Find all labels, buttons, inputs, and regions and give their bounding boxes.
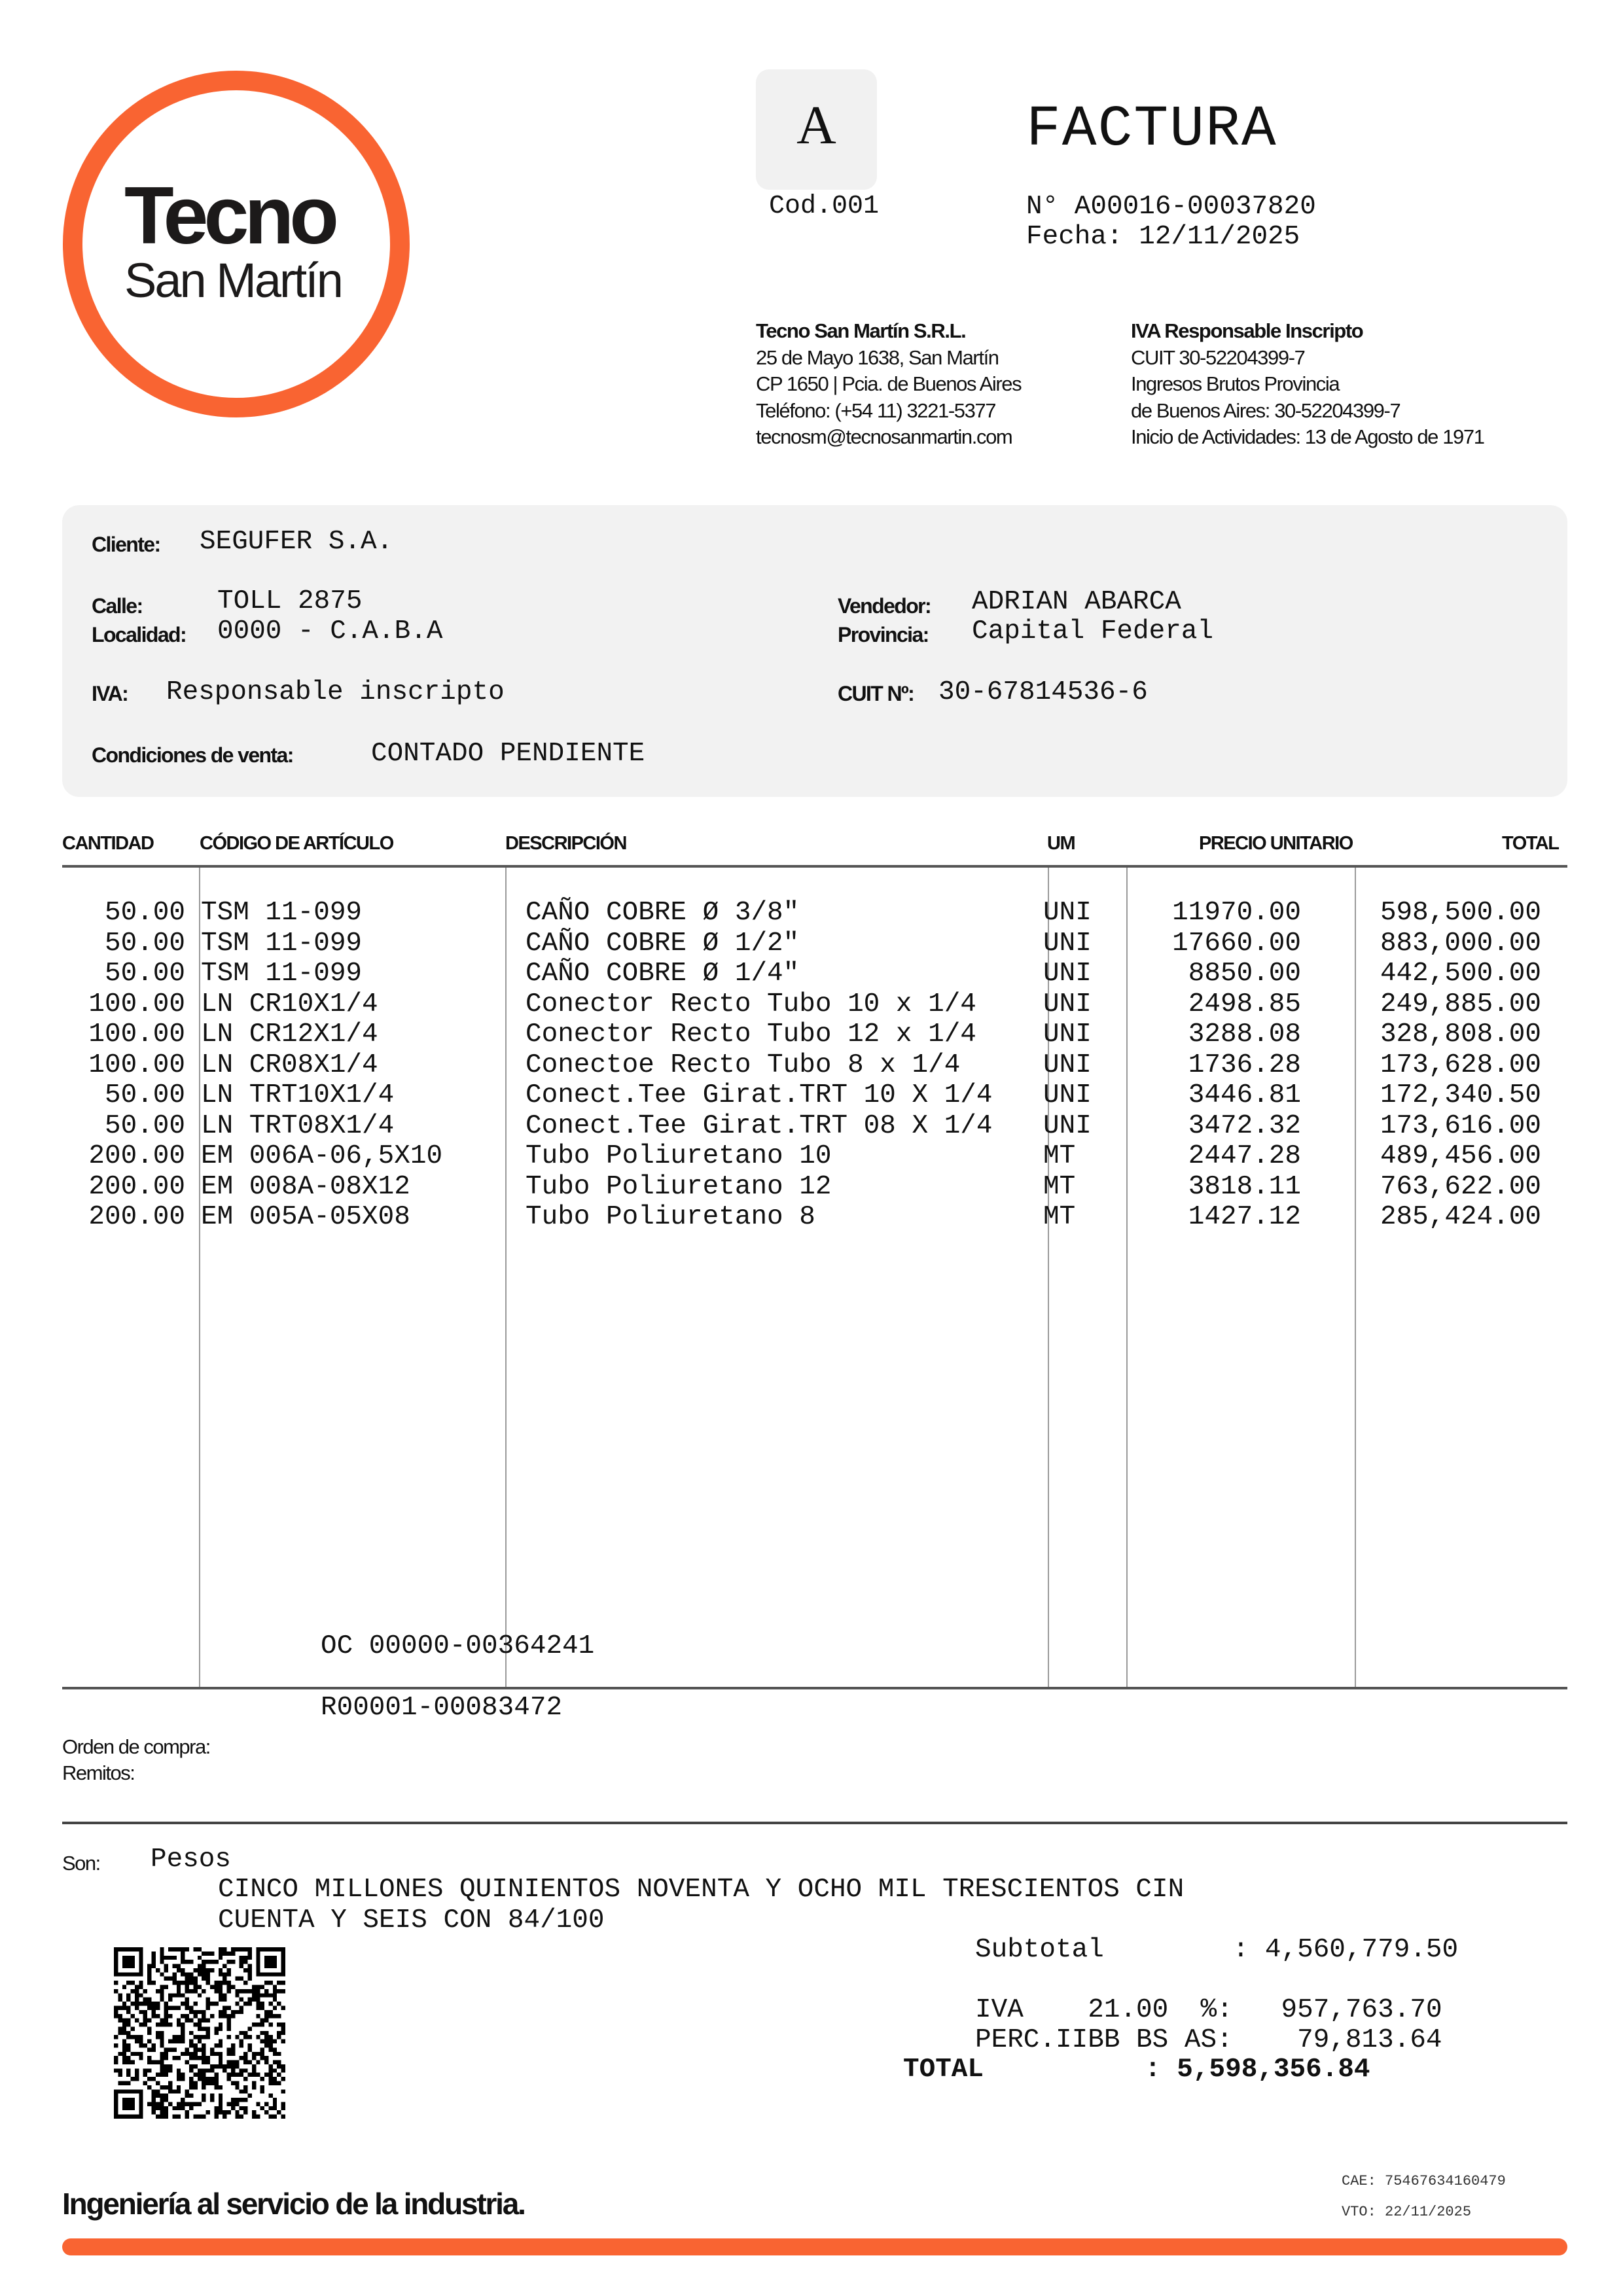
column-divider [505,868,507,1687]
condiciones-label: Condiciones de venta: [92,745,293,766]
tax-info: IVA Responsable Inscripto CUIT 30-522043… [1131,318,1484,451]
provincia-value: Capital Federal [972,618,1213,645]
iva-line: IVA 21.00 %: 957,763.70 [975,1997,1442,2024]
company-name: Tecno San Martín S.R.L. [756,318,1021,345]
cell-quantity: 50.00 [0,898,185,928]
iva-value: Responsable inscripto [166,679,505,706]
cell-description: Tubo Poliuretano 12 [526,1172,831,1203]
cell-code: LN CR10X1/4 [201,989,378,1020]
subtotal-value: 4,560,779.50 [1265,1935,1458,1965]
amount-words-label: Son: [62,1853,100,1873]
calle-label: Calle: [92,595,143,616]
logo-name-tecno: Tecno [124,175,334,256]
cell-quantity: 200.00 [0,1141,185,1172]
table-header-rule [62,865,1567,868]
cell-code: TSM 11-099 [201,898,362,928]
total-label: TOTAL [903,2055,984,2085]
cell-total: 173,616.00 [1214,1111,1541,1142]
perception-value: 79,813.64 [1297,2025,1442,2055]
cell-code: LN TRT10X1/4 [201,1080,394,1111]
total-line: TOTAL : 5,598,356.84 [903,2057,1370,2083]
cell-description: Conect.Tee Girat.TRT 10 X 1/4 [526,1080,993,1111]
iva-total-label: IVA [975,1995,1024,2025]
cell-description: Conector Recto Tubo 12 x 1/4 [526,1019,976,1050]
purchase-order-label: Orden de compra: [62,1737,210,1757]
remito-number: R00001-00083472 [321,1695,562,1722]
cell-total: 173,628.00 [1214,1050,1541,1081]
table-bottom-rule [62,1687,1567,1689]
cell-description: CAÑO COBRE Ø 1/4" [526,959,799,989]
cell-total: 328,808.00 [1214,1019,1541,1050]
cuit-label: CUIT Nº: [838,683,914,704]
provincia-label: Provincia: [838,624,929,645]
company-info: Tecno San Martín S.R.L. 25 de Mayo 1638,… [756,318,1021,451]
iva-pct: %: [1200,1995,1232,2025]
logo-name-san-martin: San Martín [124,256,342,305]
cell-quantity: 100.00 [0,989,185,1020]
tax-status: IVA Responsable Inscripto [1131,318,1484,345]
cell-total: 172,340.50 [1214,1080,1541,1111]
iva-label: IVA: [92,683,128,704]
total-value: 5,598,356.84 [1177,2055,1370,2085]
perception-line: PERC.IIBB BS AS: 79,813.64 [975,2027,1442,2054]
cell-code: EM 005A-05X08 [201,1202,410,1233]
cell-code: EM 008A-08X12 [201,1172,410,1203]
qr-code-icon[interactable] [114,1947,285,2119]
cell-total: 489,456.00 [1214,1141,1541,1172]
cell-quantity: 200.00 [0,1172,185,1203]
cell-code: LN CR12X1/4 [201,1019,378,1050]
subtotal-line: Subtotal : 4,560,779.50 [975,1937,1458,1964]
vendedor-label: Vendedor: [838,595,931,616]
cliente-label: Cliente: [92,534,160,555]
cae-expiry: VTO: 22/11/2025 [1342,2205,1471,2219]
amount-words-line1: CINCO MILLONES QUINIENTOS NOVENTA Y OCHO… [218,1877,1184,1903]
cell-description: Tubo Poliuretano 10 [526,1141,831,1172]
cliente-value: SEGUFER S.A. [200,529,393,556]
cell-quantity: 50.00 [0,928,185,959]
localidad-label: Localidad: [92,624,186,645]
amount-words-currency: Pesos [151,1846,231,1873]
company-address: 25 de Mayo 1638, San Martín [756,345,1021,372]
invoice-code: Cod.001 [769,191,879,222]
cell-description: Conectoe Recto Tubo 8 x 1/4 [526,1050,960,1081]
remitos-label: Remitos: [62,1763,134,1783]
cell-code: TSM 11-099 [201,959,362,989]
col-header-total: TOTAL [1502,834,1558,853]
cell-quantity: 50.00 [0,1080,185,1111]
company-email: tecnosm@tecnosanmartin.com [756,424,1021,451]
cell-total: 883,000.00 [1214,928,1541,959]
cell-code: EM 006A-06,5X10 [201,1141,442,1172]
company-phone: Teléfono: (+54 11) 3221-5377 [756,398,1021,425]
subtotal-label: Subtotal [975,1935,1104,1965]
cell-total: 285,424.00 [1214,1202,1541,1233]
cell-code: LN CR08X1/4 [201,1050,378,1081]
cell-quantity: 50.00 [0,959,185,989]
calle-value: TOLL 2875 [217,588,362,615]
purchase-order-number: OC 00000-00364241 [321,1633,594,1660]
cell-code: LN TRT08X1/4 [201,1111,394,1142]
column-divider [199,868,200,1687]
cell-description: Tubo Poliuretano 8 [526,1202,815,1233]
cell-quantity: 100.00 [0,1050,185,1081]
tax-cuit: CUIT 30-52204399-7 [1131,345,1484,372]
cell-total: 442,500.00 [1214,959,1541,989]
cell-code: TSM 11-099 [201,928,362,959]
cell-quantity: 200.00 [0,1202,185,1233]
tax-iibb-line1: Ingresos Brutos Provincia [1131,371,1484,398]
cell-description: Conector Recto Tubo 10 x 1/4 [526,989,976,1020]
vendedor-value: ADRIAN ABARCA [972,589,1181,616]
col-header-cantidad: CANTIDAD [62,834,153,853]
cae-number: CAE: 75467634160479 [1342,2174,1506,2189]
condiciones-value: CONTADO PENDIENTE [371,741,645,768]
perception-label: PERC.IIBB BS AS: [975,2025,1233,2055]
iva-rate: 21.00 [1088,1995,1168,2025]
company-postal: CP 1650 | Pcia. de Buenos Aires [756,371,1021,398]
col-header-descripcion: DESCRIPCIÓN [505,834,626,853]
tax-iibb-line2: de Buenos Aires: 30-52204399-7 [1131,398,1484,425]
invoice-date: Fecha: 12/11/2025 [1026,221,1300,253]
col-header-um: UM [1047,834,1075,853]
cell-total: 598,500.00 [1214,898,1541,928]
localidad-value: 0000 - C.A.B.A [217,618,442,645]
cell-description: CAÑO COBRE Ø 1/2" [526,928,799,959]
cell-description: CAÑO COBRE Ø 3/8" [526,898,799,928]
iva-value: 957,763.70 [1281,1995,1442,2025]
amount-words-line2: CUENTA Y SEIS CON 84/100 [218,1907,605,1934]
invoice-letter: A [756,98,877,153]
tax-start-date: Inicio de Actividades: 13 de Agosto de 1… [1131,424,1484,451]
cell-total: 763,622.00 [1214,1172,1541,1203]
invoice-number: N° A00016-00037820 [1026,191,1316,223]
cell-description: Conect.Tee Girat.TRT 08 X 1/4 [526,1111,993,1142]
cell-quantity: 50.00 [0,1111,185,1142]
col-header-precio: PRECIO UNITARIO [1199,834,1353,853]
cell-total: 249,885.00 [1214,989,1541,1020]
amount-words-rule [62,1822,1567,1824]
cuit-value: 30-67814536-6 [938,679,1148,706]
document-title: FACTURA [1026,101,1277,159]
cell-quantity: 100.00 [0,1019,185,1050]
tagline: Ingeniería al servicio de la industria. [62,2189,525,2219]
footer-accent-bar [62,2238,1567,2255]
col-header-codigo: CÓDIGO DE ARTÍCULO [200,834,393,853]
